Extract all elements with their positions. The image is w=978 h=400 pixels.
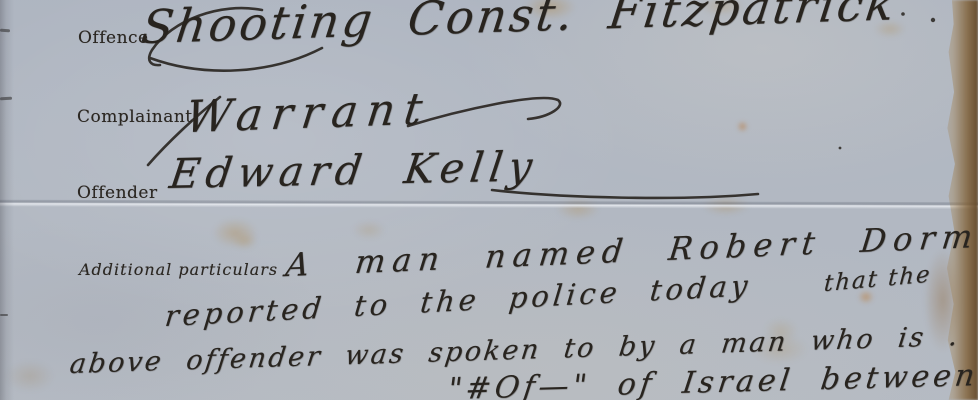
paper-stain xyxy=(737,121,748,132)
complainant-entry-handwriting: Warrant xyxy=(183,83,434,143)
fold-mark xyxy=(0,97,12,101)
fold-mark xyxy=(0,29,10,33)
left-edge-shadow xyxy=(0,0,14,400)
complainant-label: Complainant xyxy=(77,107,193,127)
additional-entry-line-2-inset: that the xyxy=(823,261,932,297)
document-page: Offence Complainant Offender Additional … xyxy=(0,0,978,400)
paper-stain xyxy=(232,232,258,250)
offender-label: Offender xyxy=(77,183,158,203)
paper-stain xyxy=(212,218,258,248)
offence-entry-handwriting: Shooting Const. Fitzpatrick xyxy=(139,0,901,54)
paper-stain xyxy=(6,360,54,392)
paper-stain xyxy=(556,198,600,220)
fold-mark xyxy=(0,314,8,316)
ink-speck xyxy=(931,18,935,22)
paper-stain xyxy=(702,196,750,216)
additional-particulars-label: Additional particulars xyxy=(79,260,278,279)
paper-stain xyxy=(352,220,386,240)
kelly-tail-flourish xyxy=(492,190,758,198)
ink-speck xyxy=(901,12,905,16)
ink-speck xyxy=(839,147,842,150)
offence-label: Offence xyxy=(78,28,149,48)
offender-entry-handwriting: Edward Kelly xyxy=(167,142,541,198)
